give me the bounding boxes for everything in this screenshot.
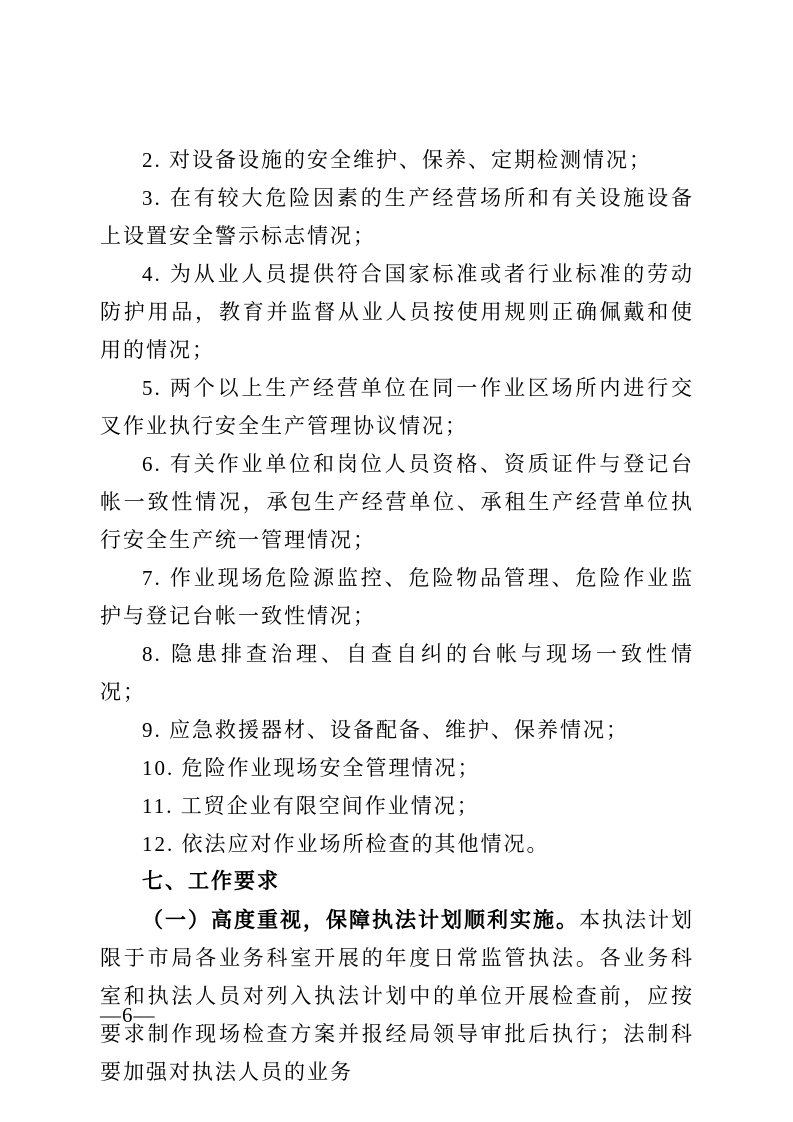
paragraph-bold-lead: （一）高度重视，保障执法计划顺利实施。 bbox=[142, 908, 579, 932]
list-item-6: 6. 有关作业单位和岗位人员资格、资质证件与登记台帐一致性情况，承包生产经营单位… bbox=[100, 445, 694, 559]
document-body: 2. 对设备设施的安全维护、保养、定期检测情况； 3. 在有较大危险因素的生产经… bbox=[100, 141, 694, 1091]
section-heading: 七、工作要求 bbox=[100, 863, 694, 901]
list-item-4: 4. 为从业人员提供符合国家标准或者行业标准的劳动防护用品，教育并监督从业人员按… bbox=[100, 255, 694, 369]
list-item-3: 3. 在有较大危险因素的生产经营场所和有关设施设备上设置安全警示标志情况； bbox=[100, 179, 694, 255]
list-item-9: 9. 应急救援器材、设备配备、维护、保养情况； bbox=[100, 711, 694, 749]
list-item-7: 7. 作业现场危险源监控、危险物品管理、危险作业监护与登记台帐一致性情况； bbox=[100, 559, 694, 635]
list-item-11: 11. 工贸企业有限空间作业情况； bbox=[100, 787, 694, 825]
page-number: —6— bbox=[100, 996, 156, 1034]
list-item-2: 2. 对设备设施的安全维护、保养、定期检测情况； bbox=[100, 141, 694, 179]
paragraph-body-text: 本执法计划限于市局各业务科室开展的年度日常监管执法。各业务科室和执法人员对列入执… bbox=[100, 908, 694, 1084]
document-page: 2. 对设备设施的安全维护、保养、定期检测情况； 3. 在有较大危险因素的生产经… bbox=[0, 0, 793, 1122]
list-item-12: 12. 依法应对作业场所检查的其他情况。 bbox=[100, 825, 694, 863]
work-requirements-paragraph: （一）高度重视，保障执法计划顺利实施。本执法计划限于市局各业务科室开展的年度日常… bbox=[100, 901, 694, 1091]
list-item-5: 5. 两个以上生产经营单位在同一作业区场所内进行交叉作业执行安全生产管理协议情况… bbox=[100, 369, 694, 445]
list-item-8: 8. 隐患排查治理、自查自纠的台帐与现场一致性情况； bbox=[100, 635, 694, 711]
list-item-10: 10. 危险作业现场安全管理情况； bbox=[100, 749, 694, 787]
